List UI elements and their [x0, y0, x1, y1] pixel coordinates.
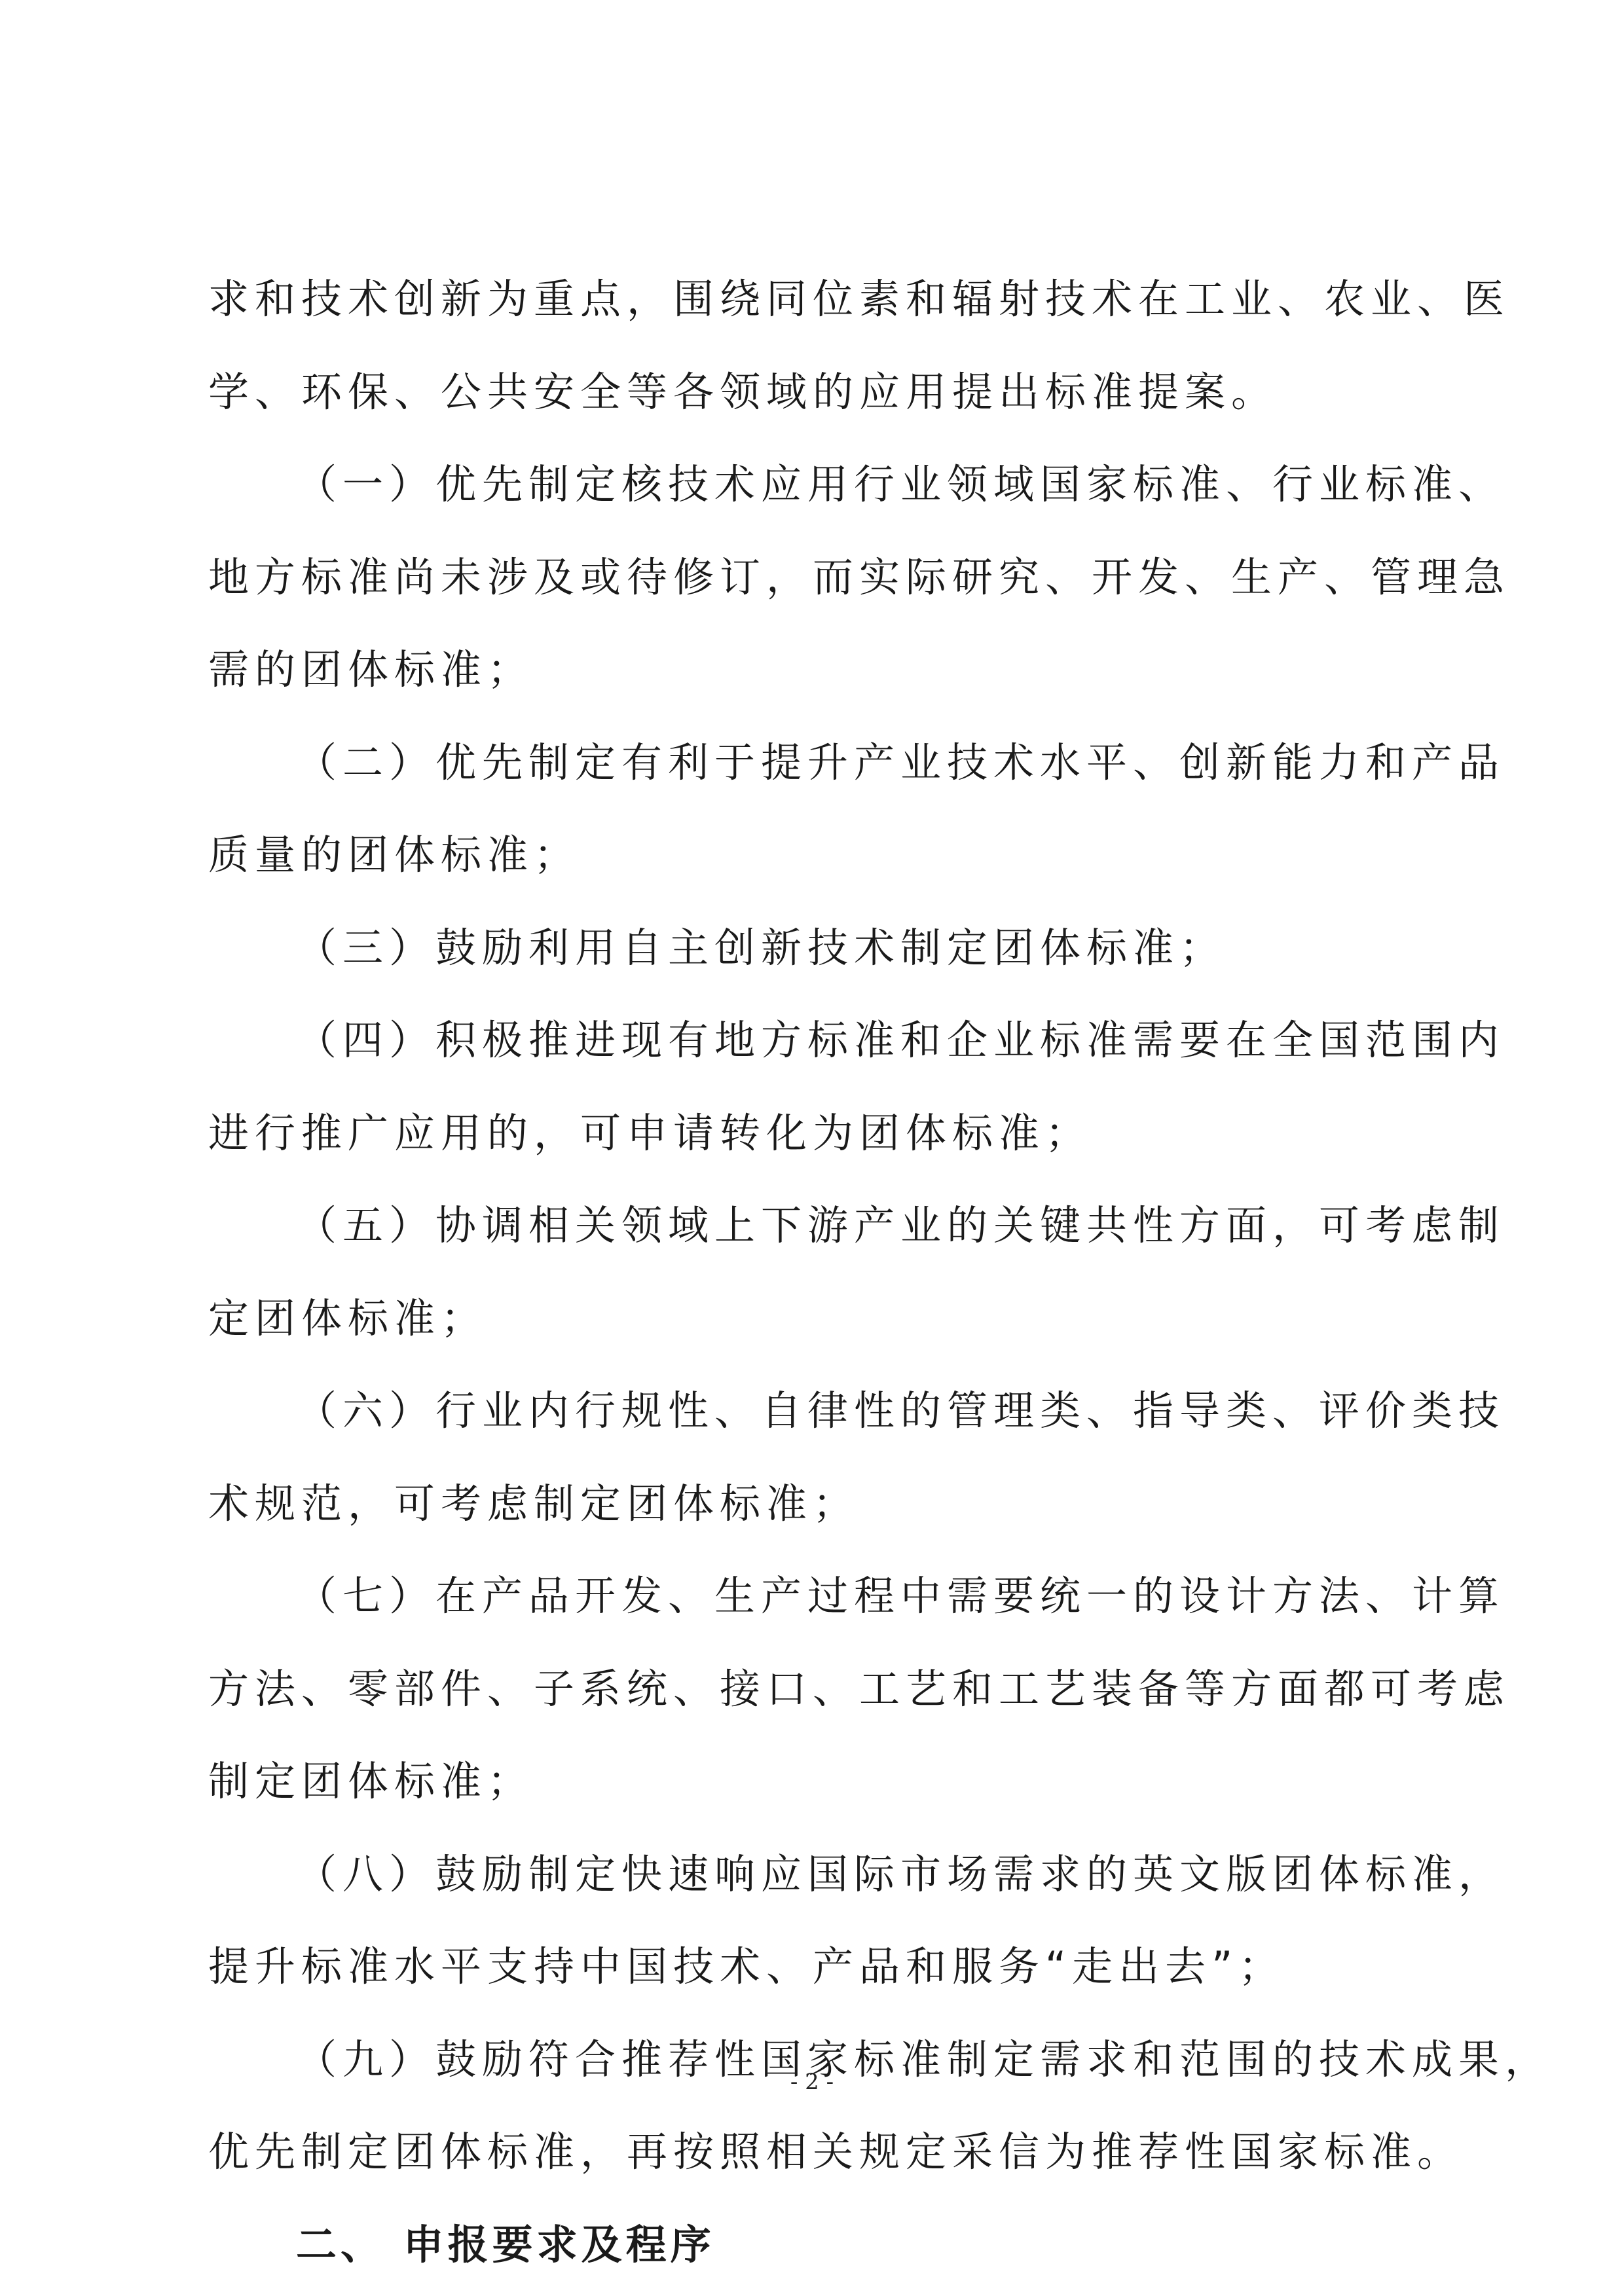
item-line: 制定团体标准；: [208, 1739, 1426, 1832]
item-line: 质量的团体标准；: [208, 812, 1426, 905]
item-line: 方法、零部件、子系统、接口、工艺和工艺装备等方面都可考虑: [208, 1647, 1426, 1740]
list-item-5: （五）协调相关领域上下游产业的关键共性方面，可考虑制 定团体标准；: [208, 1183, 1426, 1368]
page-number: - 2 -: [0, 2069, 1624, 2095]
item-line: （四）积极推进现有地方标准和企业标准需要在全国范围内: [208, 998, 1426, 1091]
item-line: （五）协调相关领域上下游产业的关键共性方面，可考虑制: [208, 1183, 1426, 1276]
item-line: （一）优先制定核技术应用行业领域国家标准、行业标准、: [208, 442, 1426, 535]
list-item-8: （八）鼓励制定快速响应国际市场需求的英文版团体标准， 提升标准水平支持中国技术、…: [208, 1832, 1426, 2017]
intro-line: 学、环保、公共安全等各领域的应用提出标准提案。: [208, 350, 1426, 443]
list-item-6: （六）行业内行规性、自律性的管理类、指导类、评价类技 术规范，可考虑制定团体标准…: [208, 1368, 1426, 1554]
item-line: 进行推广应用的，可申请转化为团体标准；: [208, 1091, 1426, 1184]
item-line: （七）在产品开发、生产过程中需要统一的设计方法、计算: [208, 1554, 1426, 1647]
item-line: （三）鼓励利用自主创新技术制定团体标准；: [208, 905, 1426, 998]
item-line: 地方标准尚未涉及或待修订，而实际研究、开发、生产、管理急: [208, 535, 1426, 628]
list-item-1: （一）优先制定核技术应用行业领域国家标准、行业标准、 地方标准尚未涉及或待修订，…: [208, 442, 1426, 720]
item-line: （九）鼓励符合推荐性国家标准制定需求和范围的技术成果，: [208, 2017, 1426, 2110]
item-line: 定团体标准；: [208, 1276, 1426, 1369]
item-line: （二）优先制定有利于提升产业技术水平、创新能力和产品: [208, 720, 1426, 813]
list-item-4: （四）积极推进现有地方标准和企业标准需要在全国范围内 进行推广应用的，可申请转化…: [208, 998, 1426, 1183]
item-line: 优先制定团体标准，再按照相关规定采信为推荐性国家标准。: [208, 2109, 1426, 2202]
document-body: 求和技术创新为重点，围绕同位素和辐射技术在工业、农业、医 学、环保、公共安全等各…: [208, 257, 1426, 2295]
item-line: （八）鼓励制定快速响应国际市场需求的英文版团体标准，: [208, 1832, 1426, 1925]
list-item-9: （九）鼓励符合推荐性国家标准制定需求和范围的技术成果， 优先制定团体标准，再按照…: [208, 2017, 1426, 2202]
section-heading: 二、 申报要求及程序: [208, 2202, 1426, 2295]
item-line: （六）行业内行规性、自律性的管理类、指导类、评价类技: [208, 1368, 1426, 1461]
item-line: 术规范，可考虑制定团体标准；: [208, 1461, 1426, 1554]
intro-line: 求和技术创新为重点，围绕同位素和辐射技术在工业、农业、医: [208, 257, 1426, 350]
item-line: 提升标准水平支持中国技术、产品和服务“走出去”；: [208, 1924, 1426, 2017]
item-line: 需的团体标准；: [208, 627, 1426, 720]
list-item-3: （三）鼓励利用自主创新技术制定团体标准；: [208, 905, 1426, 998]
list-item-2: （二）优先制定有利于提升产业技术水平、创新能力和产品 质量的团体标准；: [208, 720, 1426, 905]
list-item-7: （七）在产品开发、生产过程中需要统一的设计方法、计算 方法、零部件、子系统、接口…: [208, 1554, 1426, 1832]
